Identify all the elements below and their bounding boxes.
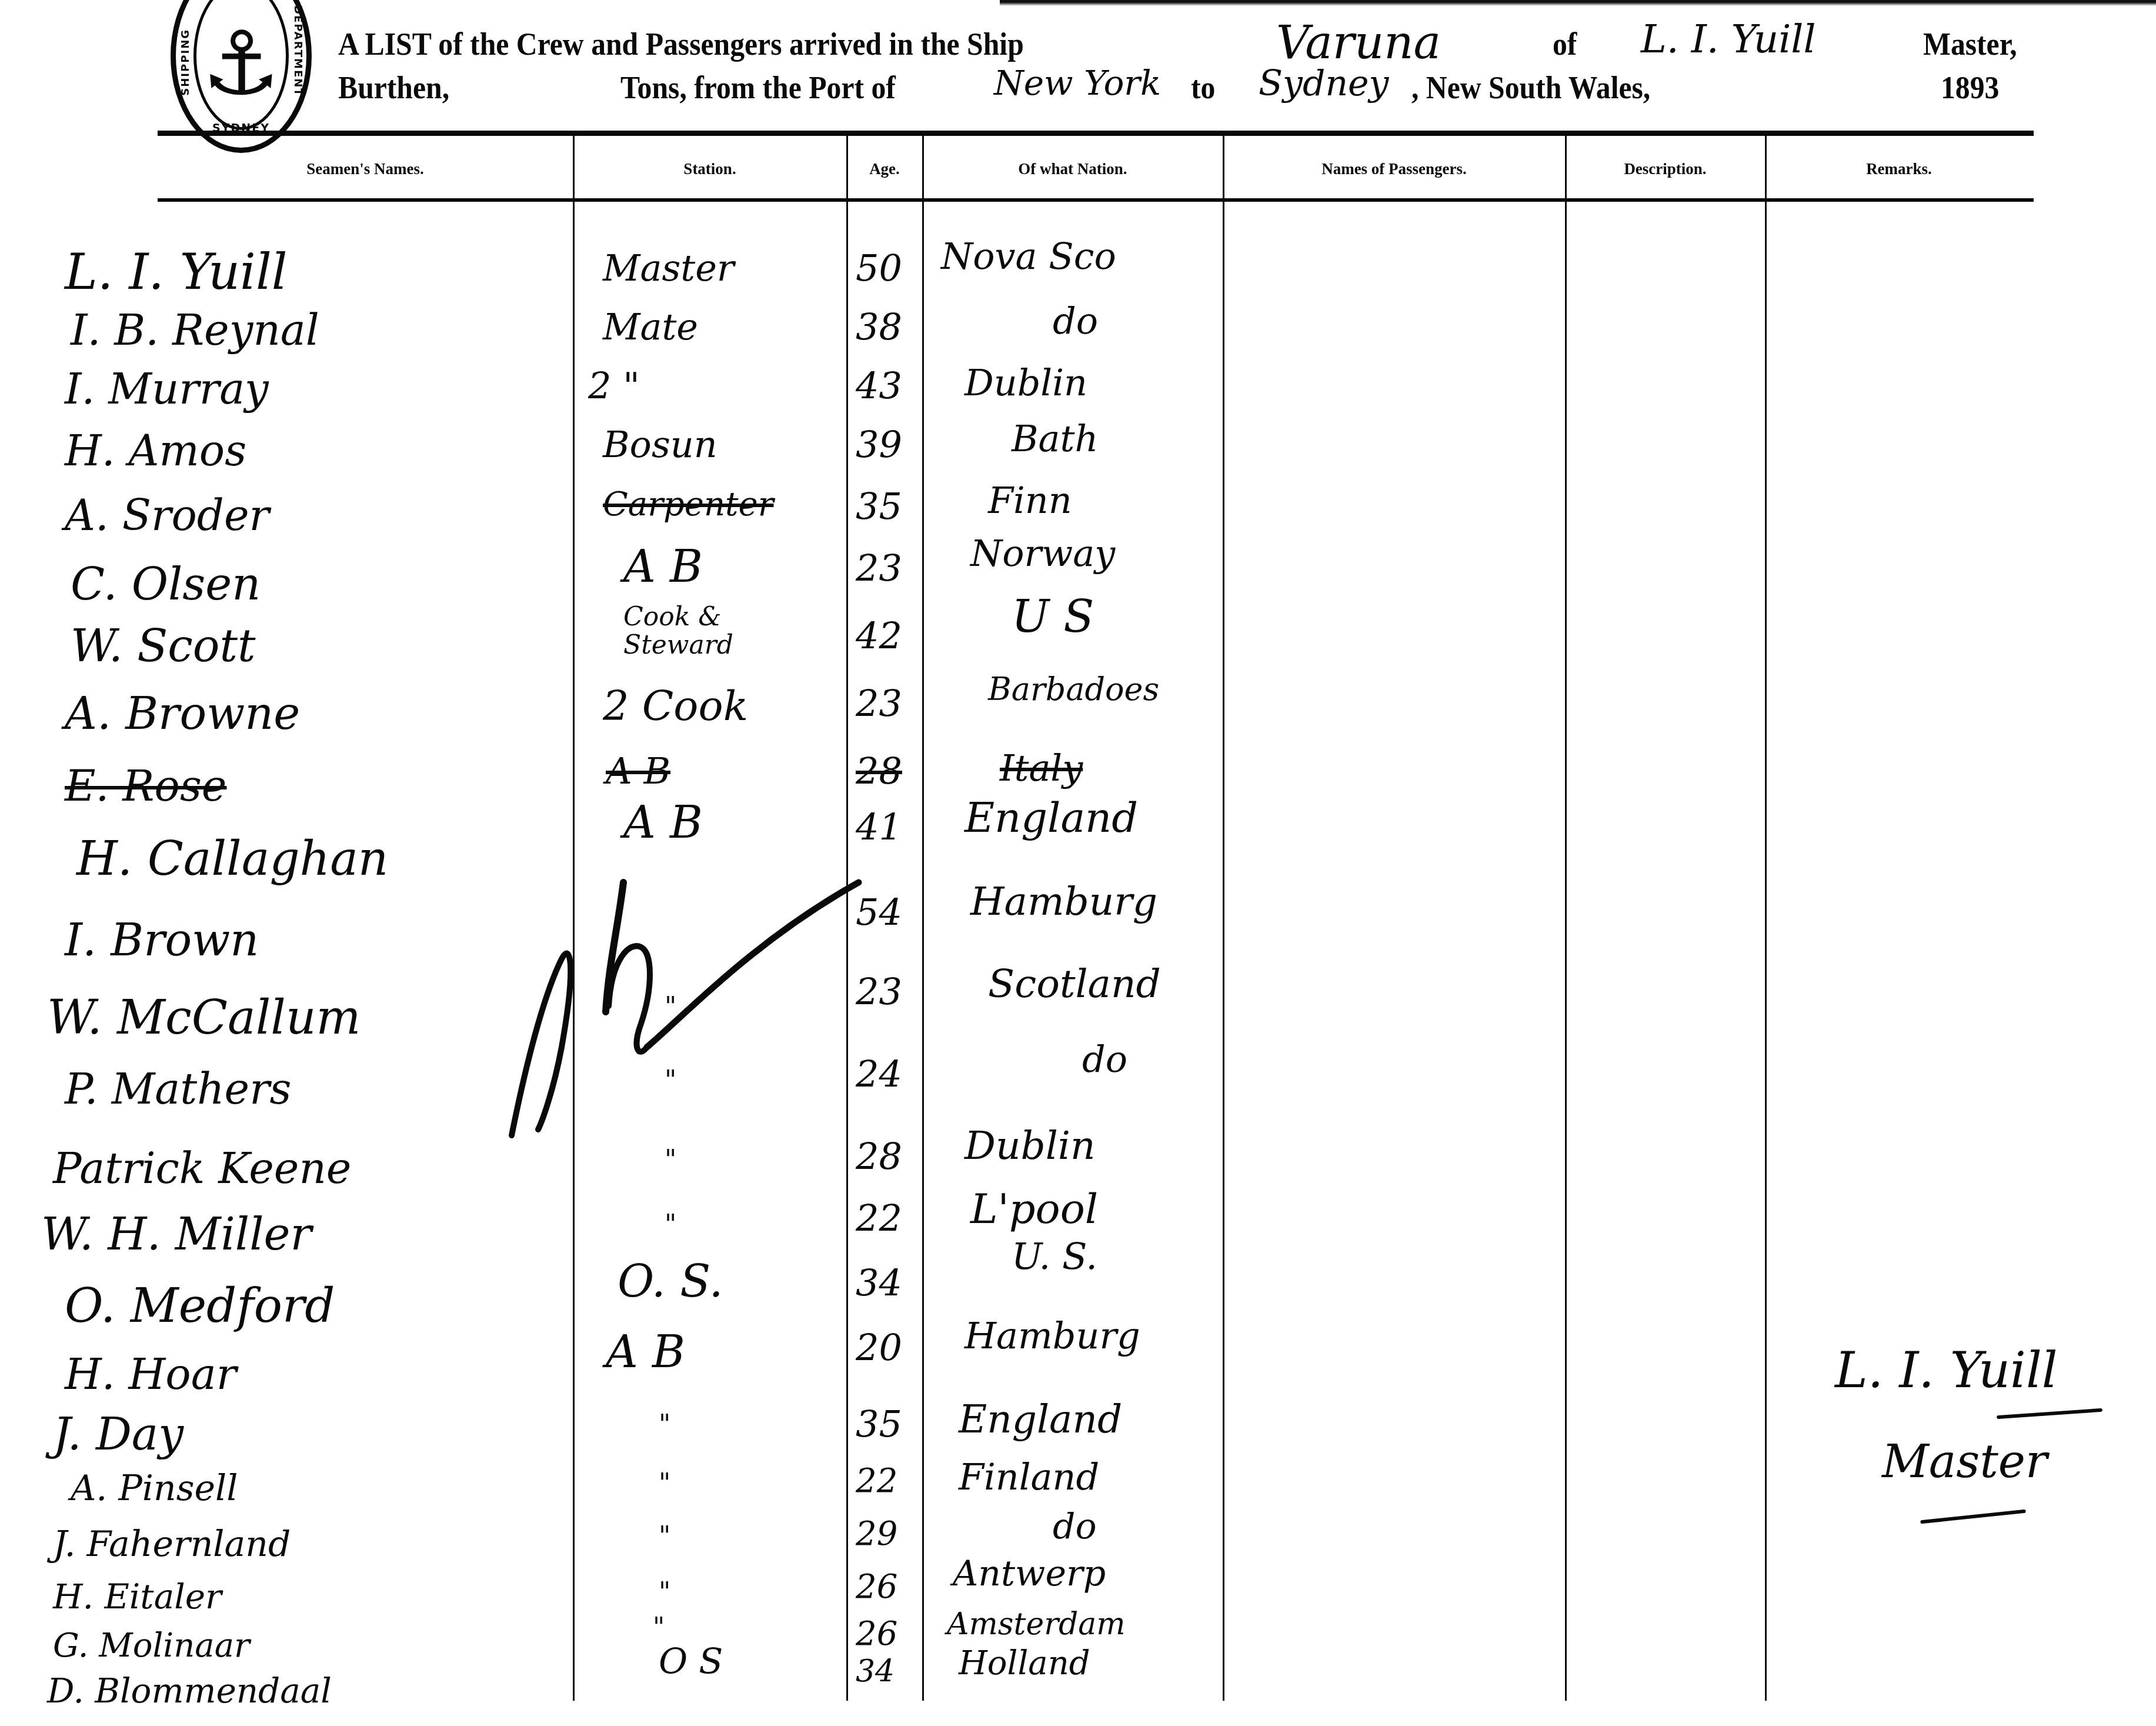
seaman-nation: Hamburg [964,1318,1140,1354]
shipping-department-seal: ⚓ SHIPPING DEPARTMENT SYDNEY [171,0,312,153]
seaman-station: A B [623,800,703,845]
seaman-nation: Bath [1012,421,1098,457]
seaman-name: I. Brown [65,918,259,962]
seaman-station: O S [659,1644,723,1680]
seaman-station: Mate [603,309,698,345]
seaman-name: A. Sroder [65,494,269,537]
seaman-nation: Nova Sco [941,238,1116,275]
seaman-station: " [665,1212,676,1238]
column-header-nation: Of what Nation. [923,160,1223,178]
seaman-name: D. Blommendaal [47,1674,332,1708]
seaman-name: Patrick Keene [53,1147,351,1189]
seaman-age: 22 [856,1200,902,1237]
seaman-age: 35 [856,488,902,525]
seaman-nation: Dublin [964,365,1087,401]
seaman-name: O. Medford [65,1282,335,1330]
seaman-age: 34 [856,1265,902,1301]
tons-from-port-label: Tons, from the Port of [620,72,896,104]
to-port: Sydney [1259,66,1389,101]
scan-edge-noise [1000,0,2156,6]
column-header-description: Description. [1566,160,1765,178]
year: 1893 [1941,72,1999,104]
seaman-nation: England [959,1400,1122,1439]
seaman-station: " [659,1412,670,1438]
seaman-name: W. H. Miller [41,1212,312,1257]
seaman-age: 20 [856,1330,902,1366]
column-header-seamens-names: Seamen's Names. [158,160,573,178]
seaman-station: 2 " [588,368,640,404]
seaman-nation: U. S. [1012,1238,1097,1275]
seaman-age: 38 [856,309,902,345]
header-top-rule [158,131,2034,136]
seaman-nation: Italy [1000,750,1083,787]
seaman-name: W. McCallum [47,994,361,1041]
seaman-name: P. Mathers [65,1068,292,1110]
seaman-station: A B [623,544,703,589]
seaman-age: 50 [856,250,902,286]
seaman-name: A. Pinsell [71,1471,238,1506]
ship-name: Varuna [1276,20,1441,66]
seaman-name: E. Rose [65,765,226,807]
seaman-station: Cook & Steward [623,603,835,660]
column-header-age: Age. [847,160,922,178]
seaman-nation: U S [1012,594,1094,639]
title-line1-prefix: A LIST of the Crew and Passengers arrive… [338,28,1024,60]
master-title-signature: Master [1882,1435,2047,1488]
seaman-nation: Norway [970,535,1115,572]
from-port: New York [994,66,1161,100]
seaman-station: 2 Cook [603,685,748,727]
seaman-station: Carpenter [603,488,773,521]
seaman-name: C. Olsen [71,562,261,607]
seaman-age: 23 [856,685,902,722]
title-of-label: of [1553,28,1577,60]
seaman-station: Master [603,250,735,286]
signature-title-underline [1920,1510,2026,1524]
seaman-name: H. Callaghan [76,835,388,882]
seaman-nation: Hamburg [970,882,1157,921]
seaman-name: J. Day [53,1412,183,1457]
signature-underline [1997,1408,2102,1420]
seaman-nation: do [1053,303,1098,339]
region-label: , New South Wales, [1411,72,1650,104]
seaman-age: 43 [856,368,902,404]
seaman-name: I. B. Reynal [71,309,319,351]
column-divider-remarks [1765,136,1767,1701]
header-bottom-rule [158,198,2034,202]
station-ditto-flourish [506,871,870,1141]
seaman-age: 22 [856,1465,897,1498]
seaman-nation: Barbadoes [988,674,1159,705]
seaman-age: 42 [856,618,902,654]
column-header-station: Station. [573,160,846,178]
seaman-nation: do [1053,1509,1097,1544]
column-header-remarks: Remarks. [1765,160,2032,178]
seaman-name: G. Molinaar [53,1630,250,1662]
seaman-nation: Amsterdam [947,1609,1126,1640]
seaman-age: 34 [856,1656,895,1687]
column-header-passengers: Names of Passengers. [1223,160,1565,178]
seaman-nation: Dublin [964,1127,1095,1165]
burthen-label: Burthen, [338,72,449,104]
seaman-nation: Finn [988,482,1072,519]
seaman-station: " [653,1615,665,1641]
seaman-age: 29 [856,1518,897,1551]
seaman-age: 41 [856,809,902,845]
seaman-name: L. I. Yuill [65,247,288,296]
seaman-nation: Scotland [988,965,1161,1004]
seaman-name: H. Eitaler [53,1580,222,1614]
master-signature: L. I. Yuill [1835,1341,2058,1399]
seaman-station: A B [606,753,670,789]
seaman-age: 26 [856,1618,897,1651]
seaman-name: A. Browne [65,691,300,736]
seaman-age: 39 [856,426,902,463]
column-divider-passengers [1223,136,1224,1701]
anchor-icon: ⚓ [202,20,281,108]
seaman-name: W. Scott [71,624,256,668]
seaman-station: Bosun [603,426,717,463]
seaman-station: " [659,1524,670,1550]
seaman-nation: England [964,797,1138,838]
seaman-station: " [659,1580,670,1605]
seal-side-text: DEPARTMENT [292,5,304,97]
to-label: to [1191,72,1215,104]
column-divider-nation [922,136,924,1701]
seaman-station: " [659,1471,670,1497]
seaman-age: 23 [856,550,902,587]
seal-top-text: SHIPPING [179,29,192,96]
seaman-station: A B [606,1330,685,1374]
seaman-nation: L'pool [970,1188,1098,1229]
seaman-nation: do [1082,1041,1127,1078]
seaman-station: " [665,1147,676,1173]
master-name: L. I. Yuill [1641,20,1815,59]
seaman-age: 28 [856,753,902,789]
seaman-nation: Holland [959,1647,1090,1680]
seaman-name: I. Murray [65,368,269,410]
master-label: Master, [1923,28,2017,60]
seaman-age: 35 [856,1406,902,1442]
seaman-station: O. S. [618,1259,723,1304]
seaman-age: 28 [856,1138,902,1175]
seaman-name: H. Hoar [65,1353,236,1395]
seaman-age: 26 [856,1571,897,1604]
seaman-nation: Finland [959,1459,1099,1495]
seaman-name: H. Amos [65,429,246,472]
seaman-nation: Antwerp [953,1556,1106,1591]
column-divider-description [1565,136,1567,1701]
seaman-name: J. Fahernland [53,1527,291,1562]
